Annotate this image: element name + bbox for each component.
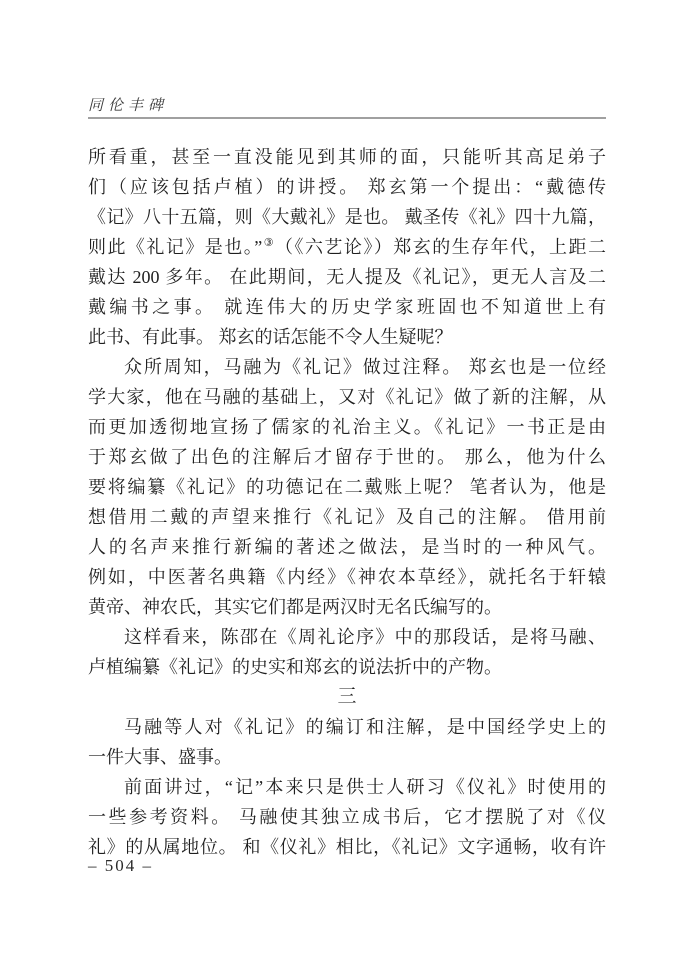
running-head: 同伦丰碑	[88, 94, 168, 115]
text-line: 学大家，他在马融的基础上，又对《礼记》做了新的注解，从	[88, 382, 606, 412]
text-line: 而更加透彻地宣扬了儒家的礼治主义。《礼记》一书正是由	[88, 412, 606, 442]
text-line: 众所周知，马融为《礼记》做过注释。 郑玄也是一位经	[88, 352, 606, 382]
section-heading: 三	[88, 682, 606, 712]
text-segment: （《六艺论》）郑玄的生存年代，上距二	[275, 237, 606, 257]
text-line: 们（应该包括卢植）的讲授。 郑玄第一个提出：“戴德传	[88, 172, 606, 202]
paragraph-5: 前面讲过，“记”本来只是供士人研习《仪礼》时使用的一些参考资料。 马融使其独立成…	[88, 772, 606, 862]
running-head-rule	[88, 117, 606, 119]
text-column: 所看重，甚至一直没能见到其师的面，只能听其高足弟子们（应该包括卢植）的讲授。 郑…	[88, 142, 606, 862]
footnote-ref: ③	[262, 237, 275, 249]
paragraph-4: 马融等人对《礼记》的编订和注解，是中国经学史上的一件大事、盛事。	[88, 712, 606, 772]
paragraph-1: 所看重，甚至一直没能见到其师的面，只能听其高足弟子们（应该包括卢植）的讲授。 郑…	[88, 142, 606, 352]
text-line: 《记》八十五篇，则《大戴礼》是也。 戴圣传《礼》四十九篇，	[88, 202, 606, 232]
paragraph-2: 众所周知，马融为《礼记》做过注释。 郑玄也是一位经学大家，他在马融的基础上，又对…	[88, 352, 606, 622]
text-line: 前面讲过，“记”本来只是供士人研习《仪礼》时使用的	[88, 772, 606, 802]
text-line: 要将编纂《礼记》的功德记在二戴账上呢？ 笔者认为，他是	[88, 472, 606, 502]
text-line: 例如，中医著名典籍《内经》《神农本草经》，就托名于轩辕	[88, 562, 606, 592]
text-line: 则此《礼记》是也。”③（《六艺论》）郑玄的生存年代，上距二	[88, 232, 606, 262]
text-line: 于郑玄做了出色的注解后才留存于世的。 那么，他为什么	[88, 442, 606, 472]
text-line: 礼》的从属地位。 和《仪礼》相比，《礼记》文字通畅，收有许	[88, 832, 606, 862]
text-line: 戴编书之事。 就连伟大的历史学家班固也不知道世上有	[88, 292, 606, 322]
text-line: 黄帝、神农氏，其实它们都是两汉时无名氏编写的。	[88, 592, 606, 622]
text-line: 卢植编纂《礼记》的史实和郑玄的说法折中的产物。	[88, 652, 606, 682]
text-line: 所看重，甚至一直没能见到其师的面，只能听其高足弟子	[88, 142, 606, 172]
text-segment: 则此《礼记》是也。”	[88, 237, 262, 257]
book-page: 同伦丰碑 所看重，甚至一直没能见到其师的面，只能听其高足弟子们（应该包括卢植）的…	[0, 0, 692, 968]
text-line: 一件大事、盛事。	[88, 742, 606, 772]
paragraph-3: 这样看来，陈邵在《周礼论序》中的那段话，是将马融、卢植编纂《礼记》的史实和郑玄的…	[88, 622, 606, 682]
text-line: 一些参考资料。 马融使其独立成书后，它才摆脱了对《仪	[88, 802, 606, 832]
text-line: 想借用二戴的声望来推行《礼记》及自己的注解。 借用前	[88, 502, 606, 532]
text-line: 此书、有此事。 郑玄的话怎能不令人生疑呢？	[88, 322, 606, 352]
page-number: – 504 –	[88, 856, 153, 876]
text-line: 人的名声来推行新编的著述之做法，是当时的一种风气。	[88, 532, 606, 562]
text-line: 戴达 200 多年。 在此期间，无人提及《礼记》，更无人言及二	[88, 262, 606, 292]
text-line: 马融等人对《礼记》的编订和注解，是中国经学史上的	[88, 712, 606, 742]
text-line: 这样看来，陈邵在《周礼论序》中的那段话，是将马融、	[88, 622, 606, 652]
